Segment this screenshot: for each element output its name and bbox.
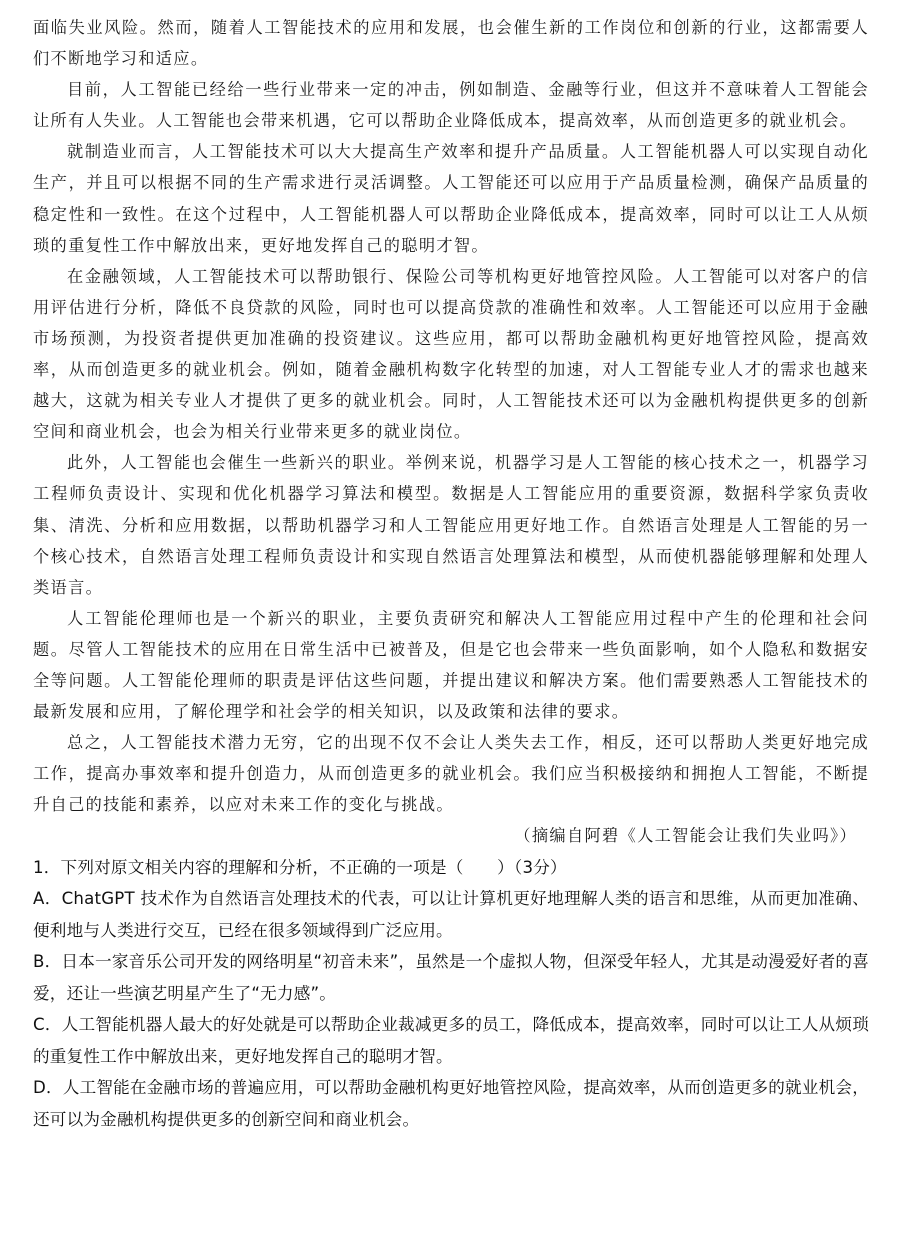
exam-page: 面临失业风险。然而，随着人工智能技术的应用和发展，也会催生新的工作岗位和创新的行… [33, 12, 869, 1135]
question-stem: 1．下列对原文相关内容的理解和分析，不正确的一项是（ ）（3分） [33, 852, 869, 884]
passage-paragraph-7: 总之，人工智能技术潜力无穷，它的出现不仅不会让人类失去工作，相反，还可以帮助人类… [33, 727, 869, 820]
passage-paragraph-6: 人工智能伦理师也是一个新兴的职业，主要负责研究和解决人工智能应用过程中产生的伦理… [33, 603, 869, 727]
option-b: B．日本一家音乐公司开发的网络明星“初音未来”，虽然是一个虚拟人物，但深受年轻人… [33, 946, 869, 1009]
passage-paragraph-3: 就制造业而言，人工智能技术可以大大提高生产效率和提升产品质量。人工智能机器人可以… [33, 136, 869, 260]
passage-paragraph-5: 此外，人工智能也会催生一些新兴的职业。举例来说，机器学习是人工智能的核心技术之一… [33, 447, 869, 602]
option-a: A．ChatGPT 技术作为自然语言处理技术的代表，可以让计算机更好地理解人类的… [33, 883, 869, 946]
passage-paragraph-1: 面临失业风险。然而，随着人工智能技术的应用和发展，也会催生新的工作岗位和创新的行… [33, 12, 869, 74]
option-d: D．人工智能在金融市场的普遍应用，可以帮助金融机构更好地管控风险，提高效率，从而… [33, 1072, 869, 1135]
reading-passage: 面临失业风险。然而，随着人工智能技术的应用和发展，也会催生新的工作岗位和创新的行… [33, 12, 869, 852]
passage-paragraph-2: 目前，人工智能已经给一些行业带来一定的冲击，例如制造、金融等行业，但这并不意味着… [33, 74, 869, 136]
passage-source: （摘编自阿碧《人工智能会让我们失业吗》） [33, 820, 869, 851]
question-block: 1．下列对原文相关内容的理解和分析，不正确的一项是（ ）（3分） A．ChatG… [33, 852, 869, 1136]
option-c: C．人工智能机器人最大的好处就是可以帮助企业裁减更多的员工，降低成本，提高效率，… [33, 1009, 869, 1072]
passage-paragraph-4: 在金融领域，人工智能技术可以帮助银行、保险公司等机构更好地管控风险。人工智能可以… [33, 261, 869, 448]
